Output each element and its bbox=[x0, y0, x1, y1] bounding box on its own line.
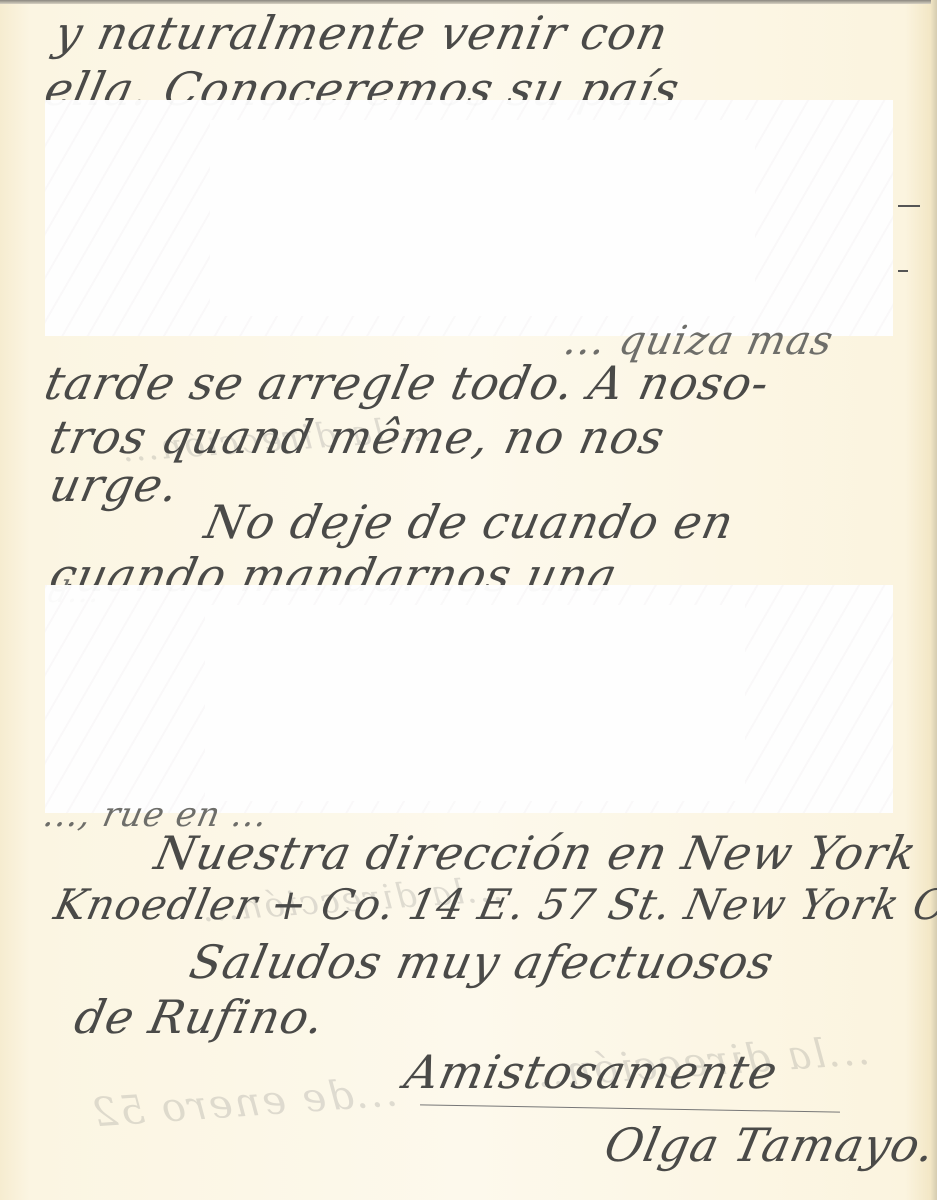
signature: Olga Tamayo. bbox=[600, 1118, 937, 1172]
letter-line-6: urge. bbox=[45, 458, 184, 512]
redaction-core bbox=[210, 120, 755, 316]
closing-from: de Rufino. bbox=[70, 990, 330, 1044]
address-value: Knoedler + Co. 14 E. 57 St. New York Cit… bbox=[50, 880, 937, 929]
letter-line-7: No deje de cuando en bbox=[200, 495, 739, 549]
margin-dash bbox=[898, 205, 920, 207]
valediction: Amistosamente bbox=[400, 1045, 783, 1099]
margin-dash bbox=[898, 270, 908, 272]
letter-page: ...de enero 52 ...la dirección... ...la … bbox=[0, 0, 937, 1200]
letter-line-4: tarde se arregle todo. A noso- bbox=[40, 356, 775, 410]
scan-top-edge bbox=[0, 0, 937, 4]
redaction-box-2 bbox=[45, 585, 893, 813]
closing-greeting: Saludos muy afectuosos bbox=[185, 935, 779, 989]
letter-line-1: y naturalmente venir con bbox=[50, 6, 673, 60]
letter-line-5: tros quand même, no nos bbox=[45, 410, 670, 464]
address-label: Nuestra dirección en New York bbox=[150, 826, 922, 880]
bleed-through-text: ...de enero 52 bbox=[89, 1069, 400, 1136]
redaction-core bbox=[205, 605, 745, 801]
scan-right-edge bbox=[931, 0, 937, 1200]
signature-underline bbox=[420, 1104, 840, 1112]
redaction-box-1 bbox=[45, 100, 893, 336]
